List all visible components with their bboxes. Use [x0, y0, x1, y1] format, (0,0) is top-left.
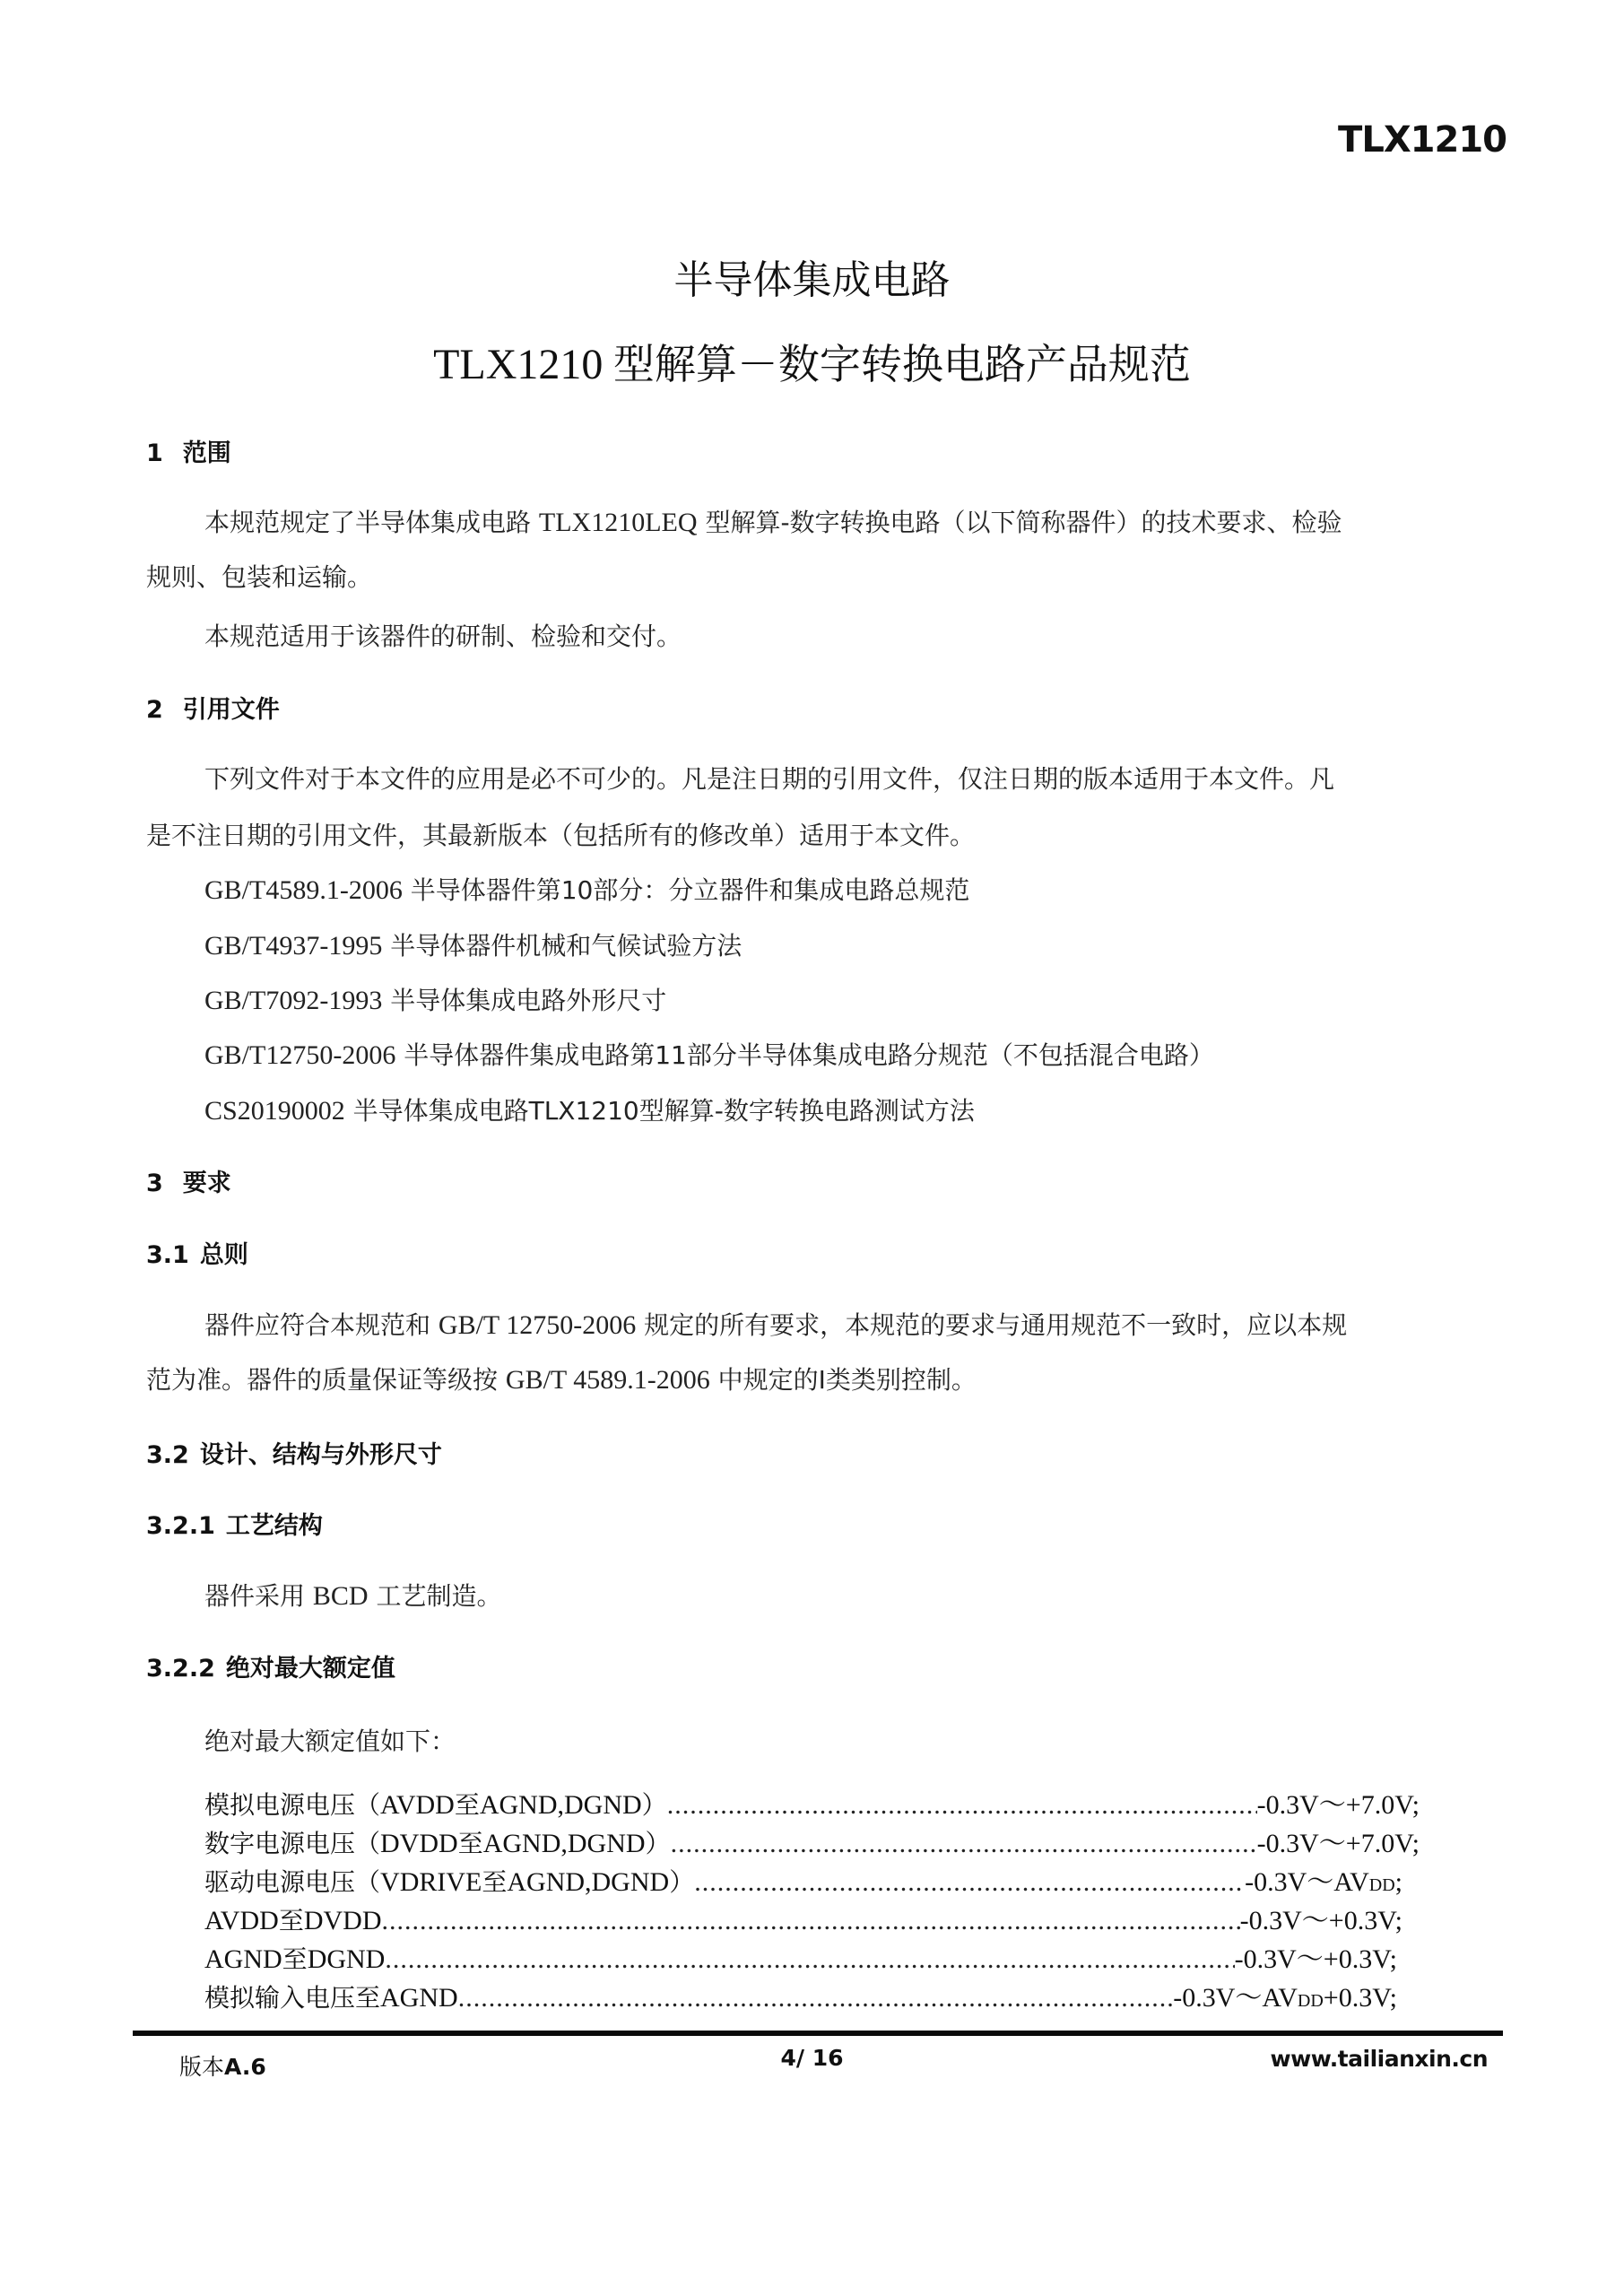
document-code: TLX1210 [1338, 119, 1507, 161]
scope-paragraph-line1: 本规范规定了半导体集成电路 TLX1210LEQ 型解算-数字转换电路（以下简称… [204, 503, 1342, 539]
footer-website-link[interactable]: www.tailianxin.cn [1271, 2046, 1489, 2072]
reference-item: GB/T4937-1995 半导体器件机械和气候试验方法 [204, 926, 742, 962]
rating-row-agnd-dgnd: AGND至DGND ..............................… [204, 1936, 1397, 1976]
rating-row-avdd: 模拟电源电压（AVDD至AGND,DGND） .................… [204, 1782, 1420, 1822]
rating-row-avdd-dvdd: AVDD至DVDD ..............................… [204, 1898, 1403, 1937]
title-description: 型解算－数字转换电路产品规范 [613, 340, 1191, 388]
scope-paragraph-2: 本规范适用于该器件的研制、检验和交付。 [204, 617, 682, 653]
dot-leader: ........................................… [667, 1790, 1257, 1821]
ratings-intro: 绝对最大额定值如下： [204, 1722, 456, 1758]
heading-scope: 1范围 [146, 433, 231, 468]
reference-item: GB/T7092-1993 半导体集成电路外形尺寸 [204, 981, 666, 1017]
reference-item: GB/T12750-2006 半导体器件集成电路第11部分半导体集成电路分规范（… [204, 1036, 1214, 1072]
references-paragraph-line1: 下列文件对于本文件的应用是必不可少的。凡是注日期的引用文件，仅注日期的版本适用于… [204, 760, 1334, 796]
dot-leader: ........................................… [385, 1944, 1234, 1975]
document-title-line1: 半导体集成电路 [0, 248, 1624, 305]
general-paragraph-line1: 器件应符合本规范和 GB/T 12750-2006 规定的所有要求，本规范的要求… [204, 1306, 1347, 1342]
dot-leader: ........................................… [382, 1906, 1240, 1936]
scope-paragraph-line2: 规则、包装和运输。 [146, 558, 372, 594]
heading-absolute-max-ratings: 3.2.2绝对最大额定值 [146, 1648, 395, 1683]
footer-divider [133, 2031, 1503, 2036]
dot-leader: ........................................… [458, 1983, 1174, 2013]
general-paragraph-line2: 范为准。器件的质量保证等级按 GB/T 4589.1-2006 中规定的Ⅰ类类别… [146, 1361, 977, 1396]
rating-row-vdrive: 驱动电源电压（VDRIVE至AGND,DGND） ...............… [204, 1859, 1403, 1899]
reference-item: GB/T4589.1-2006 半导体器件第10部分：分立器件和集成电路总规范 [204, 871, 969, 907]
heading-references: 2引用文件 [146, 690, 280, 725]
heading-process-structure: 3.2.1工艺结构 [146, 1506, 323, 1541]
title-model: TLX1210 [433, 341, 603, 388]
dot-leader: ........................................… [671, 1829, 1257, 1859]
heading-requirements: 3要求 [146, 1163, 231, 1198]
heading-design-structure: 3.2设计、结构与外形尺寸 [146, 1435, 442, 1470]
rating-row-dvdd: 数字电源电压（DVDD至AGND,DGND） .................… [204, 1821, 1420, 1860]
rating-row-analog-input: 模拟输入电压至AGND ............................… [204, 1975, 1397, 2014]
document-title-line2: TLX1210 型解算－数字转换电路产品规范 [0, 332, 1624, 391]
references-paragraph-line2: 是不注日期的引用文件，其最新版本（包括所有的修改单）适用于本文件。 [146, 816, 975, 852]
process-paragraph: 器件采用 BCD 工艺制造。 [204, 1577, 502, 1613]
reference-item: CS20190002 半导体集成电路TLX1210型解算-数字转换电路测试方法 [204, 1091, 975, 1127]
dot-leader: ........................................… [694, 1867, 1245, 1898]
heading-general: 3.1总则 [146, 1235, 248, 1270]
